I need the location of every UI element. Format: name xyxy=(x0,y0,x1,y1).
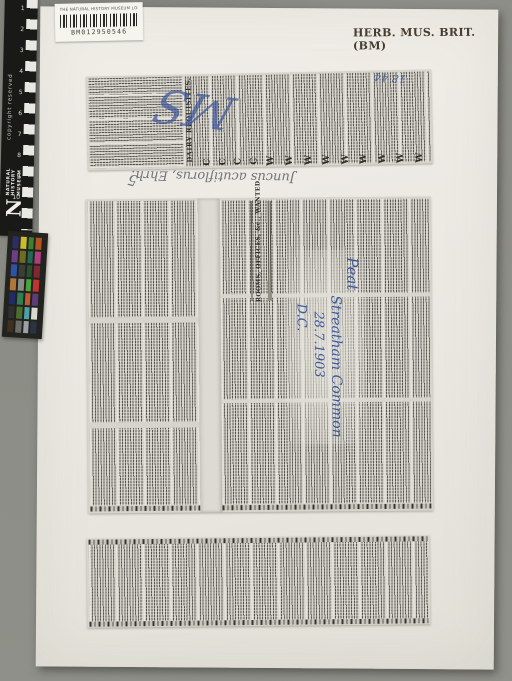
color-patch xyxy=(18,265,24,277)
ad-initial-letter: W xyxy=(322,154,332,164)
color-patch xyxy=(11,250,17,262)
color-patch xyxy=(19,251,25,263)
ruler-number: 2 xyxy=(16,19,25,40)
ad-initial-letter: W xyxy=(396,153,406,163)
newsprint-clipping-main: ROOMS, OFFICES, &c., WANTED. Peat Streat… xyxy=(86,197,434,514)
clipping-heading: ROOMS, OFFICES, &c., WANTED. xyxy=(255,204,263,302)
color-patch xyxy=(7,320,13,332)
color-patch xyxy=(30,321,36,333)
color-patch xyxy=(34,266,40,278)
ad-initial-letter: C xyxy=(234,158,244,165)
color-patch xyxy=(28,237,34,249)
color-patch xyxy=(27,251,33,263)
color-patch xyxy=(12,236,18,248)
ad-initial-letter: C xyxy=(218,158,228,165)
newsprint-texture xyxy=(90,428,201,506)
nhm-logo: N NATURAL HISTORY MUSEUM xyxy=(1,157,28,218)
torn-edge xyxy=(90,506,200,512)
ruler-number: 6 xyxy=(14,103,23,124)
torn-edge xyxy=(222,504,431,511)
ad-initial-letter: W xyxy=(266,156,276,166)
color-patch xyxy=(20,237,26,249)
color-patch xyxy=(24,293,30,305)
color-patch xyxy=(23,321,29,333)
color-patch xyxy=(15,320,21,332)
ad-initial-letter: W xyxy=(415,152,425,162)
newspaper-fold-gutter xyxy=(198,198,223,512)
ad-initial-letter: W xyxy=(285,155,295,165)
ruler-number: 7 xyxy=(13,124,22,145)
newsprint-clipping-bottom xyxy=(87,535,431,628)
ad-initial-letter: C xyxy=(249,157,259,164)
color-patch xyxy=(9,292,15,304)
ad-initial-letter: W xyxy=(378,153,388,163)
color-patch xyxy=(10,278,16,290)
barcode-icon xyxy=(60,13,138,28)
color-patch xyxy=(32,293,38,305)
color-patch xyxy=(23,307,29,319)
color-patch xyxy=(17,279,23,291)
herbarium-stamp: HERB. MUS. BRIT. (BM) xyxy=(353,26,512,53)
field-note-line: 28.7.1903 xyxy=(310,311,328,445)
color-checker-card xyxy=(2,231,48,339)
barcode-label: THE NATURAL HISTORY MUSEUM LONDON BM0129… xyxy=(55,2,144,42)
ruler-number: 4 xyxy=(15,61,24,82)
newsprint-texture xyxy=(88,201,199,318)
color-patch xyxy=(35,252,41,264)
field-note-line: Streatham Common xyxy=(326,295,344,445)
color-patch xyxy=(17,293,23,305)
color-patch xyxy=(16,307,22,319)
color-patch xyxy=(26,265,32,277)
herbarium-scan: 12345678910 copyright reserved N NATURAL… xyxy=(0,0,512,681)
ruler-number: 5 xyxy=(14,82,23,103)
newsprint-clipping-top: DAIRY REQUISITES. CCCCWWWWWWWWW MS 18 44 xyxy=(86,69,433,170)
logo-word: MUSEUM xyxy=(17,168,23,196)
ruler-number: 1 xyxy=(16,0,25,19)
newsprint-texture xyxy=(89,541,429,622)
nhm-logo-words: NATURAL HISTORY MUSEUM xyxy=(6,168,23,196)
field-note-line: D.C. xyxy=(293,304,311,446)
scale-ruler: 12345678910 copyright reserved N NATURAL… xyxy=(0,0,38,236)
ad-initial-letter: C xyxy=(202,158,212,165)
ad-initial-letter: W xyxy=(340,154,350,164)
color-patch xyxy=(35,238,41,250)
ad-initial-letter: W xyxy=(303,155,313,165)
field-note-annotation: Peat Streatham Common 28.7.1903 D.C. xyxy=(292,253,362,446)
color-patch xyxy=(31,307,37,319)
ruler-number: 3 xyxy=(15,40,24,61)
color-patch xyxy=(33,280,39,292)
barcode-number: BM012950546 xyxy=(60,27,138,37)
ad-initial-letter: W xyxy=(359,154,369,164)
ink-date-annotation: 18 44 xyxy=(373,70,405,86)
institution-text: THE NATURAL HISTORY MUSEUM LONDON xyxy=(60,5,138,12)
color-patch xyxy=(11,264,17,276)
newsprint-texture xyxy=(89,323,200,423)
field-note-line: Peat xyxy=(343,257,362,445)
color-patch xyxy=(8,306,14,318)
nhm-logo-letter: N xyxy=(2,198,26,217)
color-patch xyxy=(25,279,31,291)
